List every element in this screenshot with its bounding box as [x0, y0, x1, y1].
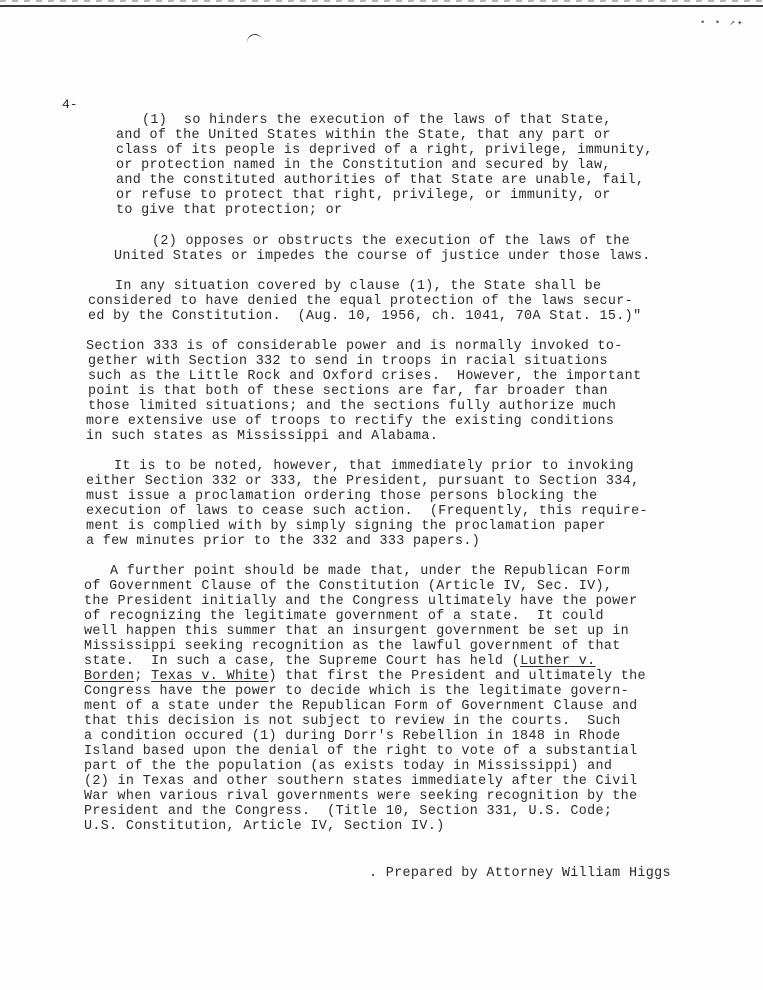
text-fragment: ; — [134, 669, 151, 684]
text-line: either Section 332 or 333, the President… — [86, 474, 639, 489]
text-line: Section 333 is of considerable power and… — [86, 339, 623, 354]
text-line: Borden; Texas v. White) that first the P… — [84, 669, 646, 684]
text-line: ment is complied with by simply signing … — [86, 519, 606, 534]
text-line: (1) so hinders the execution of the laws… — [142, 113, 612, 128]
text-line: a few minutes prior to the 332 and 333 p… — [86, 534, 480, 549]
text-line: In any situation covered by clause (1), … — [115, 279, 601, 294]
text-line: (2) opposes or obstructs the execution o… — [152, 234, 630, 249]
text-line: ed by the Constitution. (Aug. 10, 1956, … — [88, 309, 641, 324]
text-line: ment of a state under the Republican For… — [84, 699, 637, 714]
text-line: class of its people is deprived of a rig… — [116, 143, 653, 158]
text-line: (2) in Texas and other southern states i… — [84, 774, 637, 789]
text-line: well happen this summer that an insurgen… — [84, 624, 629, 639]
text-line: must issue a proclamation ordering those… — [86, 489, 598, 504]
text-line: the President initially and the Congress… — [84, 594, 637, 609]
text-line: point is that both of these sections are… — [88, 384, 608, 399]
text-fragment: ) that first the President and ultimatel… — [269, 669, 646, 684]
text-line: execution of laws to cease such action. … — [86, 504, 648, 519]
text-line: those limited situations; and the sectio… — [88, 399, 616, 414]
text-line: a condition occured (1) during Dorr's Re… — [84, 729, 621, 744]
text-line: Congress have the power to decide which … — [84, 684, 629, 699]
text-line: such as the Little Rock and Oxford crise… — [88, 369, 641, 384]
text-line: U.S. Constitution, Article IV, Section I… — [84, 819, 445, 834]
text-line: President and the Congress. (Title 10, S… — [84, 804, 612, 819]
text-line: that this decision is not subject to rev… — [84, 714, 621, 729]
document-body: (1) so hinders the execution of the laws… — [0, 0, 763, 990]
text-line: part of the the population (as exists to… — [84, 759, 612, 774]
text-line: more extensive use of troops to rectify … — [86, 414, 614, 429]
text-line: in such states as Mississippi and Alabam… — [86, 429, 438, 444]
text-line: of recognizing the legitimate government… — [84, 609, 604, 624]
text-line: and the constituted authorities of that … — [116, 173, 644, 188]
text-line: of Government Clause of the Constitution… — [84, 579, 612, 594]
text-line: It is to be noted, however, that immedia… — [114, 459, 634, 474]
text-line: to give that protection; or — [116, 203, 342, 218]
text-line: and of the United States within the Stat… — [116, 128, 611, 143]
case-citation-borden: Borden — [84, 669, 134, 684]
text-line: United States or impedes the course of j… — [114, 249, 651, 264]
text-line: A further point should be made that, und… — [110, 564, 630, 579]
text-line: gether with Section 332 to send in troop… — [88, 354, 608, 369]
text-line: Mississippi seeking recognition as the l… — [84, 639, 621, 654]
text-fragment: state. In such a case, the Supreme Court… — [84, 654, 520, 669]
text-line: or protection named in the Constitution … — [116, 158, 611, 173]
text-line: or refuse to protect that right, privile… — [116, 188, 611, 203]
case-citation-luther: Luther v. — [520, 654, 595, 669]
text-line: considered to have denied the equal prot… — [88, 294, 633, 309]
case-citation-texas-v-white: Texas v. White — [151, 669, 268, 684]
text-line: state. In such a case, the Supreme Court… — [84, 654, 596, 669]
signature-line: . Prepared by Attorney William Higgs — [369, 866, 671, 881]
text-line: War when various rival governments were … — [84, 789, 637, 804]
text-line: Island based upon the denial of the righ… — [84, 744, 637, 759]
